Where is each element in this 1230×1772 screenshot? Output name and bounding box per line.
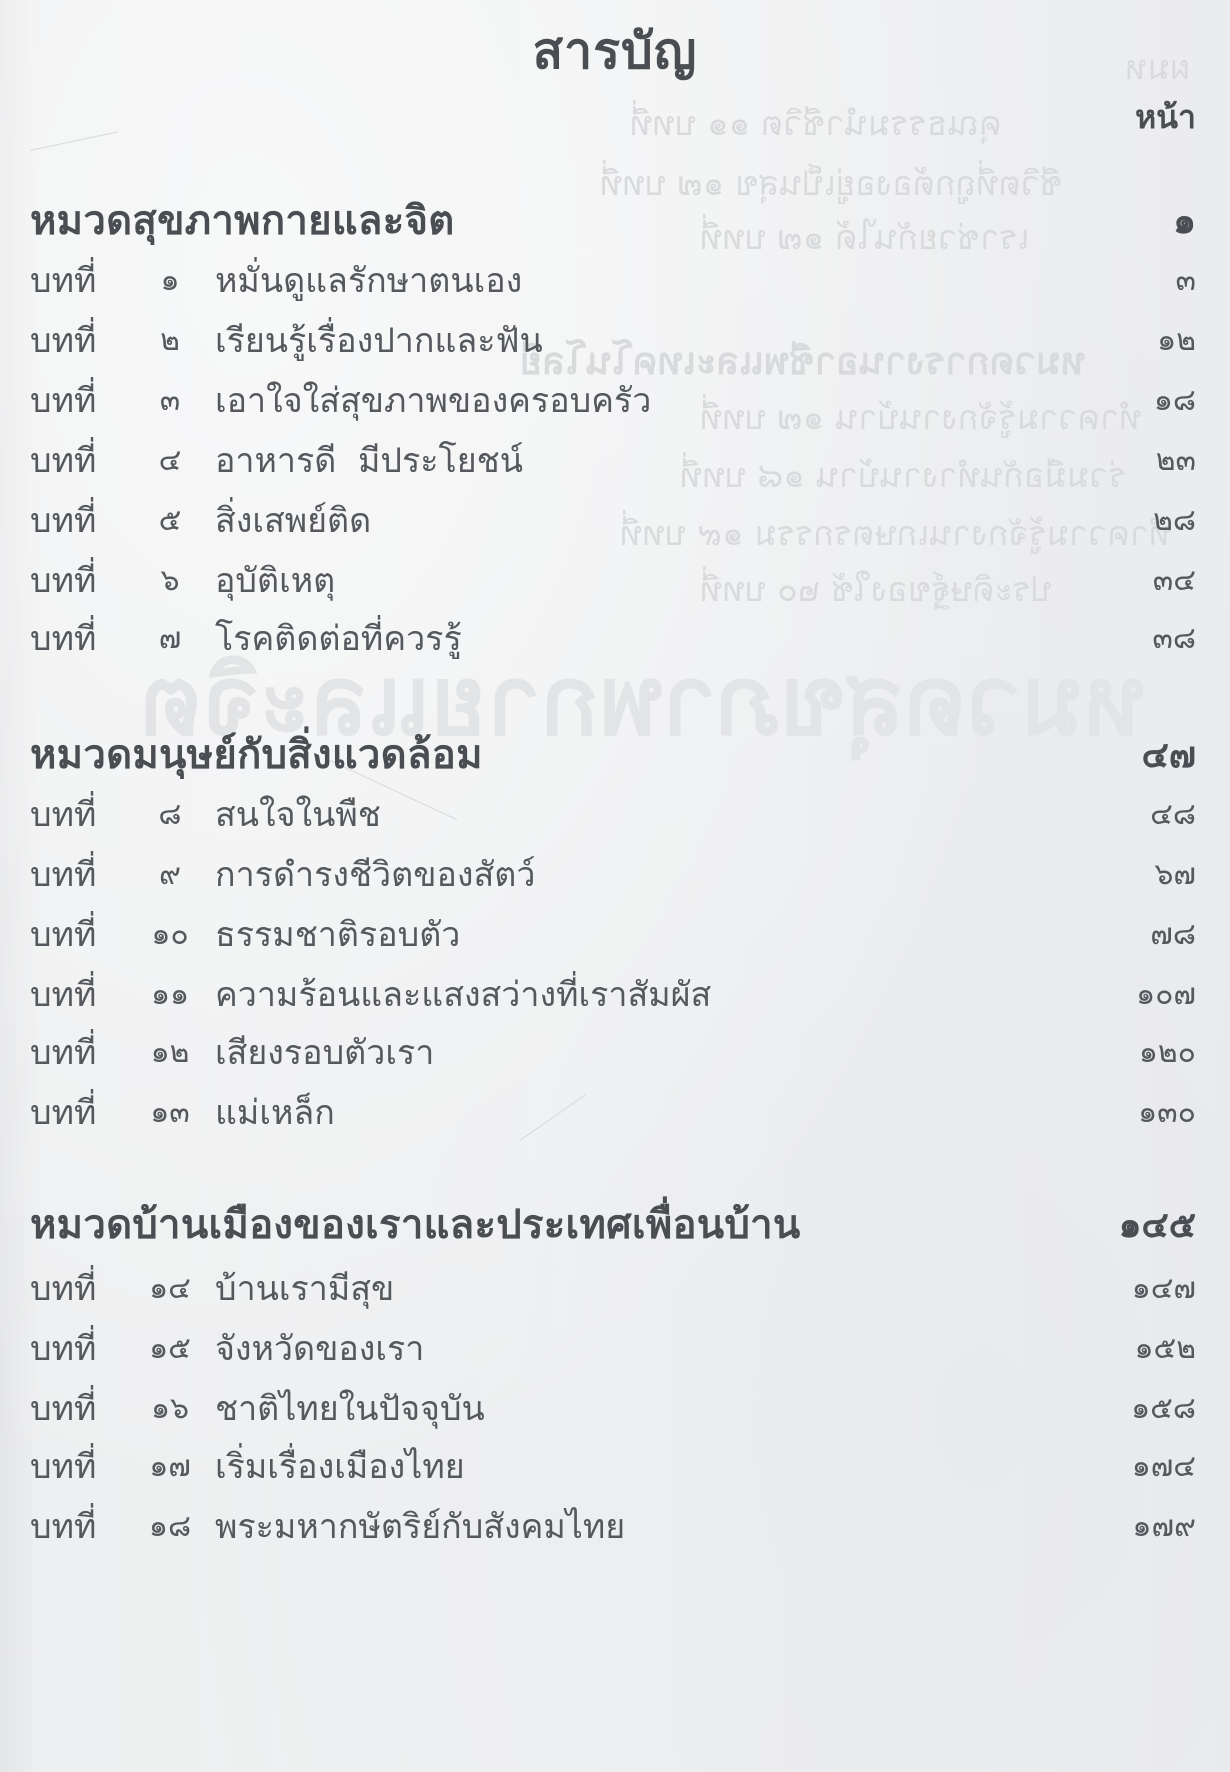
section-page-number: ๑๔๕ xyxy=(1119,1196,1196,1253)
chapter-title: อาหารดี มีประโยชน์ xyxy=(215,433,1096,487)
chapter-page-number: ๑๗๔ xyxy=(1096,1443,1196,1490)
chapter-label: บทที่ xyxy=(30,1085,125,1139)
chapter-label: บทที่ xyxy=(30,847,125,901)
chapter-number: ๑๑ xyxy=(125,971,215,1018)
toc-entry: บทที่ ๑๘ พระมหากษัตริย์กับสังคมไทย ๑๗๙ xyxy=(30,1500,1196,1552)
chapter-page-number: ๔๘ xyxy=(1096,791,1196,838)
chapter-page-number: ๑๗๙ xyxy=(1096,1503,1196,1550)
toc-entry: บทที่ ๙ การดำรงชีวิตของสัตว์ ๖๗ xyxy=(30,848,1196,900)
chapter-page-number: ๗๘ xyxy=(1096,911,1196,958)
section-title: หมวดบ้านเมืองของเราและประเทศเพื่อนบ้าน xyxy=(30,1192,801,1256)
chapter-label: บทที่ xyxy=(30,313,125,367)
toc-entry: บทที่ ๖ อุบัติเหตุ ๓๔ xyxy=(30,554,1196,606)
chapter-number: ๗ xyxy=(125,615,215,662)
chapter-title: สิ่งเสพย์ติด xyxy=(215,493,1096,547)
chapter-page-number: ๓๘ xyxy=(1096,615,1196,662)
toc-entry: บทที่ ๘ สนใจในพืช ๔๘ xyxy=(30,788,1196,840)
toc-page: ผมห คุณธรรมนำชีวิต ๑๑ บทที่ ชีวิตที่ถูกต… xyxy=(0,0,1230,1772)
section-heading: หมวดมนุษย์กับสิ่งแวดล้อม ๔๗ xyxy=(30,726,1196,782)
toc-entry: บทที่ ๗ โรคติดต่อที่ควรรู้ ๓๘ xyxy=(30,612,1196,664)
chapter-label: บทที่ xyxy=(30,373,125,427)
section-page-number: ๔๗ xyxy=(1142,726,1196,783)
section-page-number: ๑ xyxy=(1173,192,1196,249)
chapter-number: ๙ xyxy=(125,851,215,898)
chapter-number: ๑ xyxy=(125,257,215,304)
chapter-page-number: ๑๒๐ xyxy=(1096,1029,1196,1076)
toc-entry: บทที่ ๔ อาหารดี มีประโยชน์ ๒๓ xyxy=(30,434,1196,486)
chapter-number: ๑๔ xyxy=(125,1265,215,1312)
chapter-page-number: ๑๓๐ xyxy=(1096,1089,1196,1136)
chapter-label: บทที่ xyxy=(30,967,125,1021)
chapter-title: เสียงรอบตัวเรา xyxy=(215,1025,1096,1079)
chapter-title: อุบัติเหตุ xyxy=(215,553,1096,607)
chapter-label: บทที่ xyxy=(30,611,125,665)
chapter-page-number: ๓ xyxy=(1096,257,1196,304)
toc-entry: บทที่ ๓ เอาใจใส่สุขภาพของครอบครัว ๑๘ xyxy=(30,374,1196,426)
toc-entry: บทที่ ๑๑ ความร้อนและแสงสว่างที่เราสัมผัส… xyxy=(30,968,1196,1020)
paper-scratch xyxy=(30,131,118,151)
chapter-number: ๓ xyxy=(125,377,215,424)
chapter-page-number: ๒๘ xyxy=(1096,497,1196,544)
chapter-number: ๖ xyxy=(125,557,215,604)
chapter-label: บทที่ xyxy=(30,1439,125,1493)
chapter-title: แม่เหล็ก xyxy=(215,1085,1096,1139)
chapter-title: บ้านเรามีสุข xyxy=(215,1261,1096,1315)
chapter-title: เรียนรู้เรื่องปากและฟัน xyxy=(215,313,1096,367)
section-title: หมวดสุขภาพกายและจิต xyxy=(30,188,455,252)
chapter-page-number: ๒๓ xyxy=(1096,437,1196,484)
page-column-header: หน้า xyxy=(1135,92,1196,143)
chapter-title: ความร้อนและแสงสว่างที่เราสัมผัส xyxy=(215,967,1096,1021)
bleed-through-text: คุณธรรมนำชีวิต ๑๑ บทที่ xyxy=(630,96,1002,150)
page-title: สารบัญ xyxy=(0,12,1230,91)
chapter-number: ๑๘ xyxy=(125,1503,215,1550)
chapter-number: ๑๖ xyxy=(125,1385,215,1432)
chapter-number: ๘ xyxy=(125,791,215,838)
chapter-page-number: ๑๕๘ xyxy=(1096,1385,1196,1432)
chapter-page-number: ๖๗ xyxy=(1096,851,1196,898)
chapter-label: บทที่ xyxy=(30,1321,125,1375)
chapter-title: เริ่มเรื่องเมืองไทย xyxy=(215,1439,1096,1493)
chapter-title: ธรรมชาติรอบตัว xyxy=(215,907,1096,961)
chapter-title: หมั่นดูแลรักษาตนเอง xyxy=(215,253,1096,307)
toc-entry: บทที่ ๑๐ ธรรมชาติรอบตัว ๗๘ xyxy=(30,908,1196,960)
chapter-label: บทที่ xyxy=(30,253,125,307)
chapter-label: บทที่ xyxy=(30,553,125,607)
section-title: หมวดมนุษย์กับสิ่งแวดล้อม xyxy=(30,722,483,786)
chapter-number: ๔ xyxy=(125,437,215,484)
chapter-number: ๕ xyxy=(125,497,215,544)
section-heading: หมวดบ้านเมืองของเราและประเทศเพื่อนบ้าน ๑… xyxy=(30,1196,1196,1252)
toc-entry: บทที่ ๑๗ เริ่มเรื่องเมืองไทย ๑๗๔ xyxy=(30,1440,1196,1492)
chapter-label: บทที่ xyxy=(30,1381,125,1435)
chapter-title: เอาใจใส่สุขภาพของครอบครัว xyxy=(215,373,1096,427)
toc-entry: บทที่ ๑๕ จังหวัดของเรา ๑๕๒ xyxy=(30,1322,1196,1374)
chapter-label: บทที่ xyxy=(30,907,125,961)
chapter-label: บทที่ xyxy=(30,493,125,547)
chapter-page-number: ๑๕๒ xyxy=(1096,1325,1196,1372)
chapter-page-number: ๑๒ xyxy=(1096,317,1196,364)
chapter-title: สนใจในพืช xyxy=(215,787,1096,841)
chapter-page-number: ๑๐๗ xyxy=(1096,971,1196,1018)
toc-entry: บทที่ ๕ สิ่งเสพย์ติด ๒๘ xyxy=(30,494,1196,546)
chapter-number: ๒ xyxy=(125,317,215,364)
chapter-label: บทที่ xyxy=(30,1025,125,1079)
chapter-number: ๑๐ xyxy=(125,911,215,958)
chapter-label: บทที่ xyxy=(30,433,125,487)
toc-entry: บทที่ ๑๖ ชาติไทยในปัจจุบัน ๑๕๘ xyxy=(30,1382,1196,1434)
chapter-label: บทที่ xyxy=(30,1499,125,1553)
toc-entry: บทที่ ๑๓ แม่เหล็ก ๑๓๐ xyxy=(30,1086,1196,1138)
chapter-number: ๑๒ xyxy=(125,1029,215,1076)
chapter-title: ชาติไทยในปัจจุบัน xyxy=(215,1381,1096,1435)
chapter-title: จังหวัดของเรา xyxy=(215,1321,1096,1375)
chapter-title: การดำรงชีวิตของสัตว์ xyxy=(215,847,1096,901)
chapter-number: ๑๗ xyxy=(125,1443,215,1490)
toc-entry: บทที่ ๑ หมั่นดูแลรักษาตนเอง ๓ xyxy=(30,254,1196,306)
toc-entry: บทที่ ๑๔ บ้านเรามีสุข ๑๔๗ xyxy=(30,1262,1196,1314)
chapter-label: บทที่ xyxy=(30,1261,125,1315)
chapter-title: พระมหากษัตริย์กับสังคมไทย xyxy=(215,1499,1096,1553)
chapter-page-number: ๑๘ xyxy=(1096,377,1196,424)
chapter-label: บทที่ xyxy=(30,787,125,841)
toc-entry: บทที่ ๑๒ เสียงรอบตัวเรา ๑๒๐ xyxy=(30,1026,1196,1078)
chapter-number: ๑๕ xyxy=(125,1325,215,1372)
chapter-title: โรคติดต่อที่ควรรู้ xyxy=(215,611,1096,665)
section-heading: หมวดสุขภาพกายและจิต ๑ xyxy=(30,192,1196,248)
chapter-page-number: ๓๔ xyxy=(1096,557,1196,604)
toc-entry: บทที่ ๒ เรียนรู้เรื่องปากและฟัน ๑๒ xyxy=(30,314,1196,366)
chapter-page-number: ๑๔๗ xyxy=(1096,1265,1196,1312)
chapter-number: ๑๓ xyxy=(125,1089,215,1136)
